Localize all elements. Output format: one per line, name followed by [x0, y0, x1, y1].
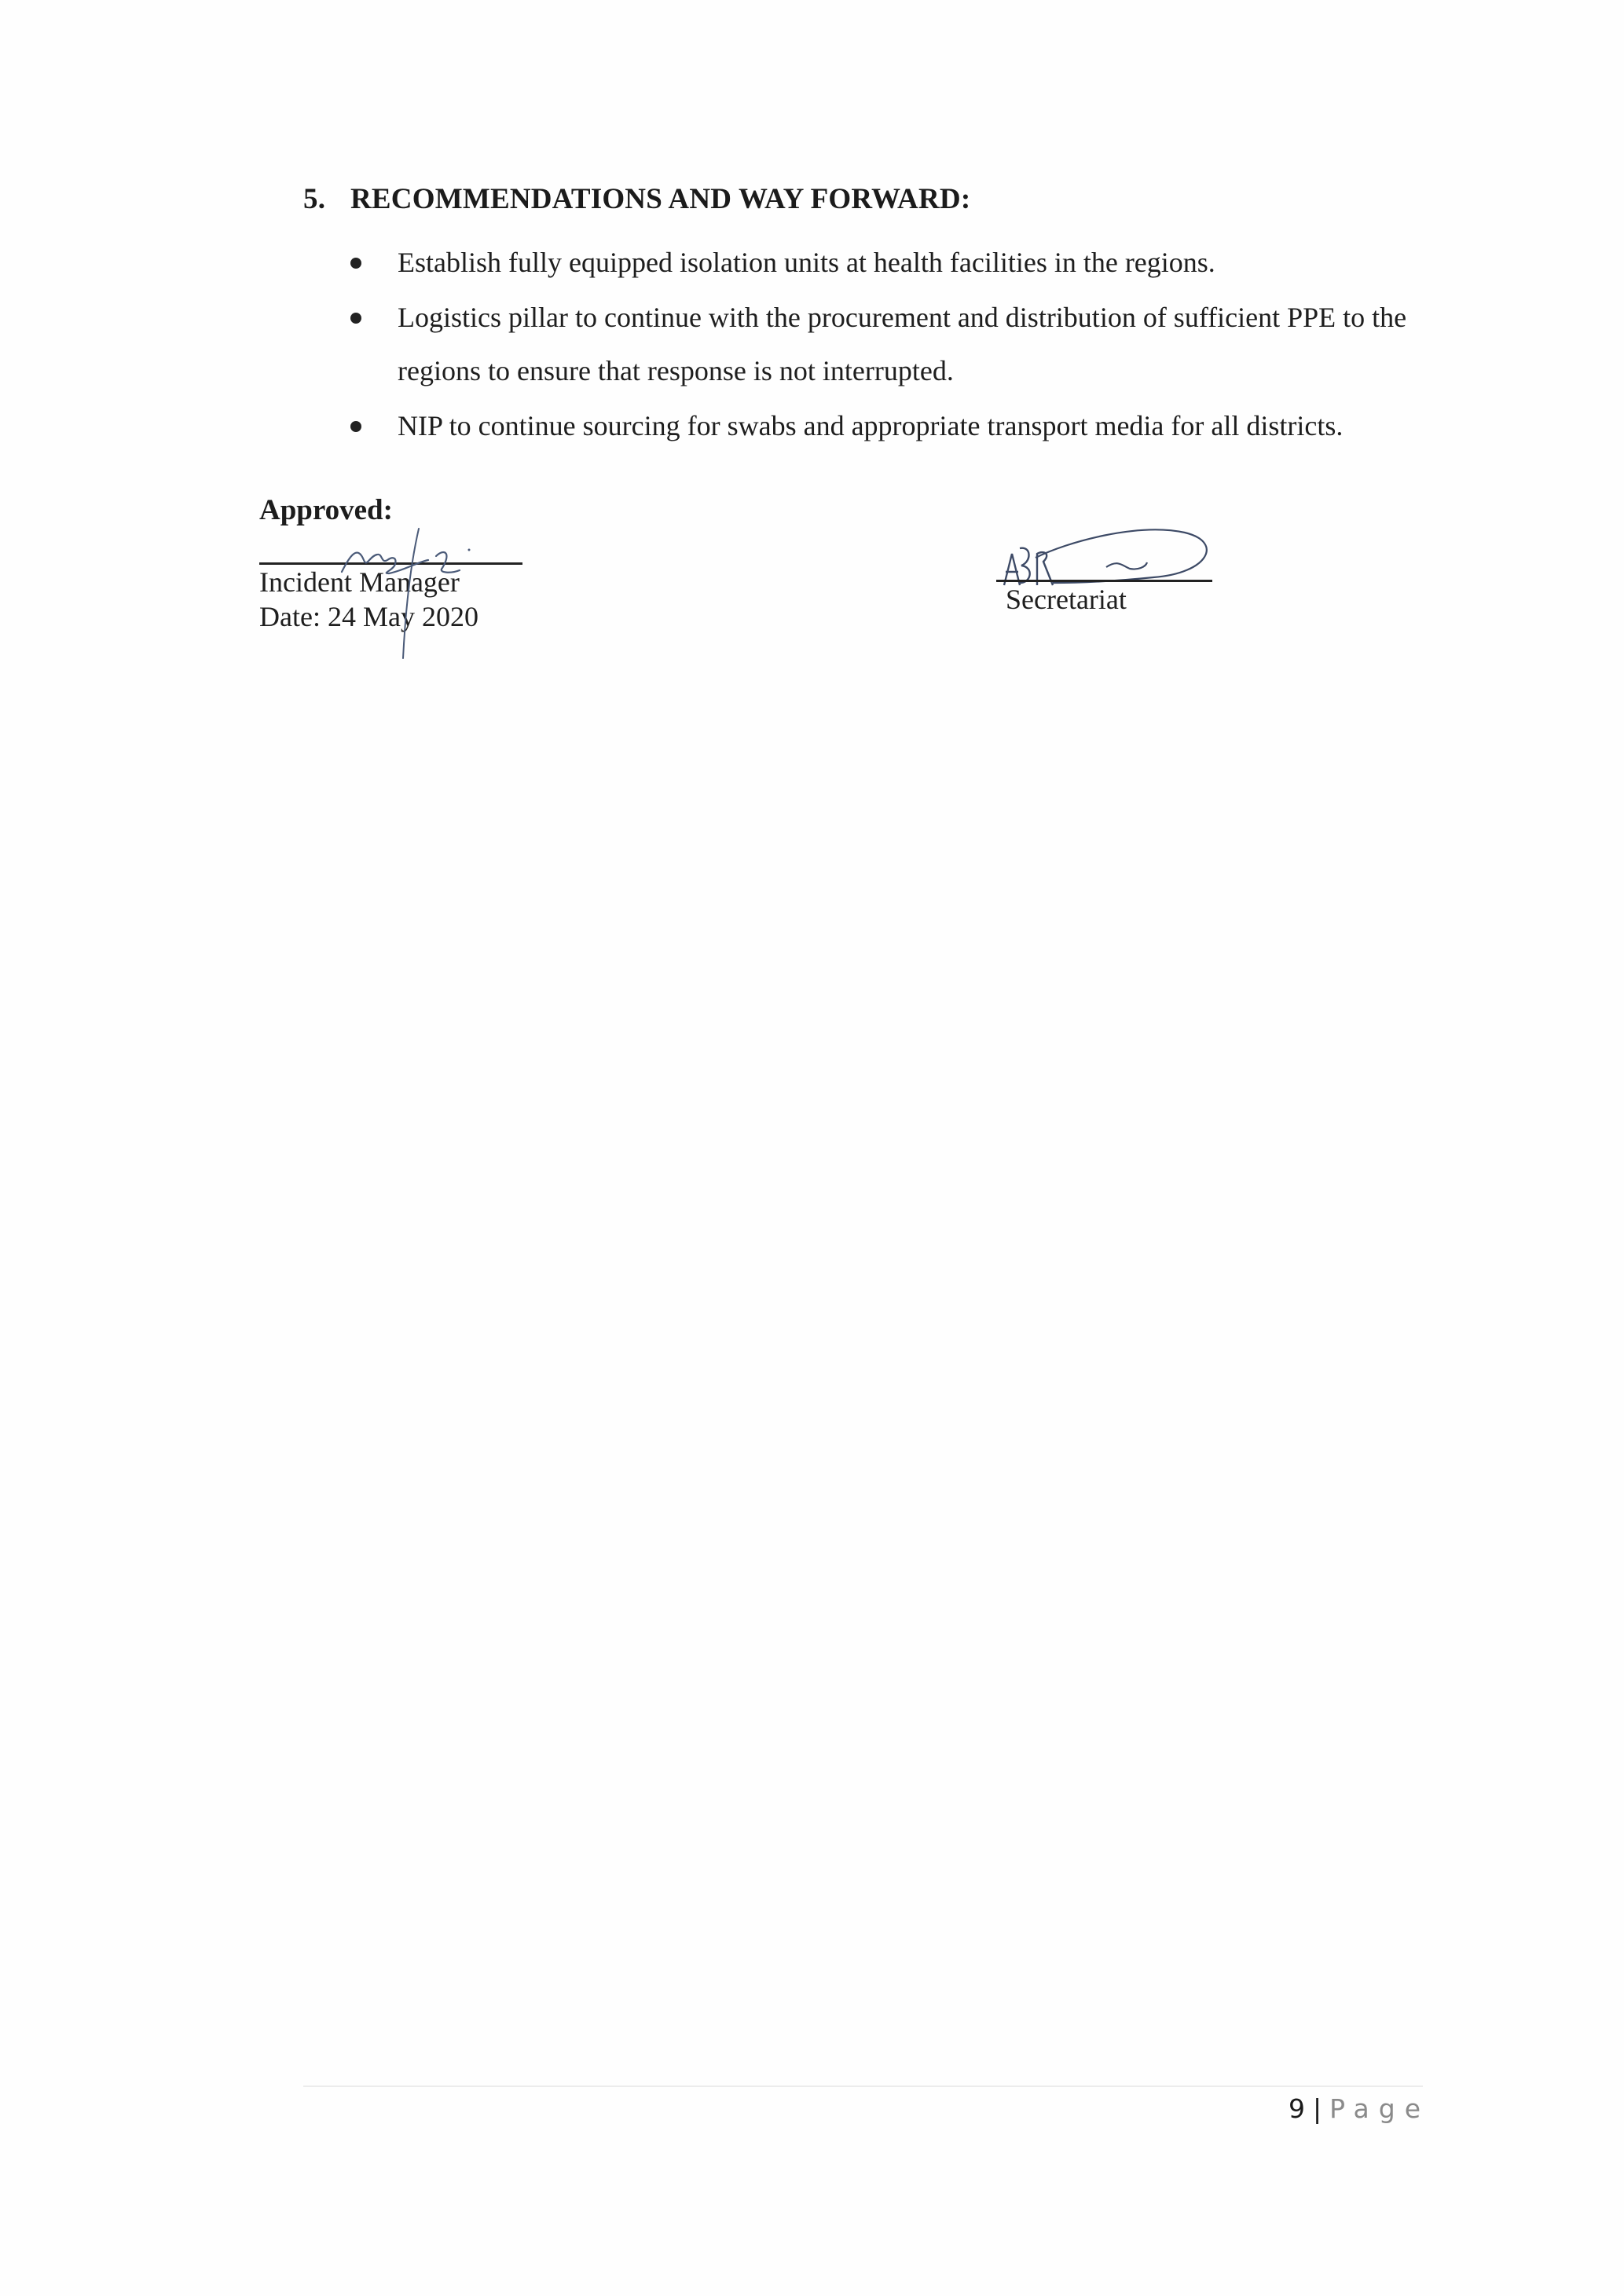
bullet-icon [350, 421, 361, 432]
page-separator: | [1313, 2093, 1322, 2124]
list-item: Establish fully equipped isolation units… [346, 236, 1446, 289]
recommendations-list: Establish fully equipped isolation units… [346, 236, 1446, 454]
bullet-icon [350, 313, 361, 324]
document-page: 5.RECOMMENDATIONS AND WAY FORWARD: Estab… [0, 0, 1624, 2296]
approval-signature-block: Approved: Incident Manager Date: 24 May … [259, 493, 542, 634]
signature-line [996, 580, 1212, 582]
incident-manager-signature-icon [334, 525, 491, 658]
list-item: Logistics pillar to continue with the pr… [346, 291, 1446, 397]
section-title: RECOMMENDATIONS AND WAY FORWARD: [350, 183, 970, 215]
bullet-icon [350, 258, 361, 269]
recommendation-text: NIP to continue sourcing for swabs and a… [398, 410, 1343, 441]
section-heading: 5.RECOMMENDATIONS AND WAY FORWARD: [303, 182, 970, 216]
page-number-footer: 9|Page [1289, 2093, 1430, 2124]
recommendation-text: Establish fully equipped isolation units… [398, 247, 1215, 278]
section-number: 5. [303, 182, 350, 216]
secretariat-role: Secretariat [1006, 583, 1127, 616]
footer-divider [303, 2085, 1423, 2087]
page-number: 9 [1289, 2093, 1305, 2124]
recommendation-text: Logistics pillar to continue with the pr… [398, 302, 1406, 386]
list-item: NIP to continue sourcing for swabs and a… [346, 399, 1446, 452]
page-label: Page [1329, 2093, 1430, 2124]
approved-label: Approved: [259, 493, 542, 528]
